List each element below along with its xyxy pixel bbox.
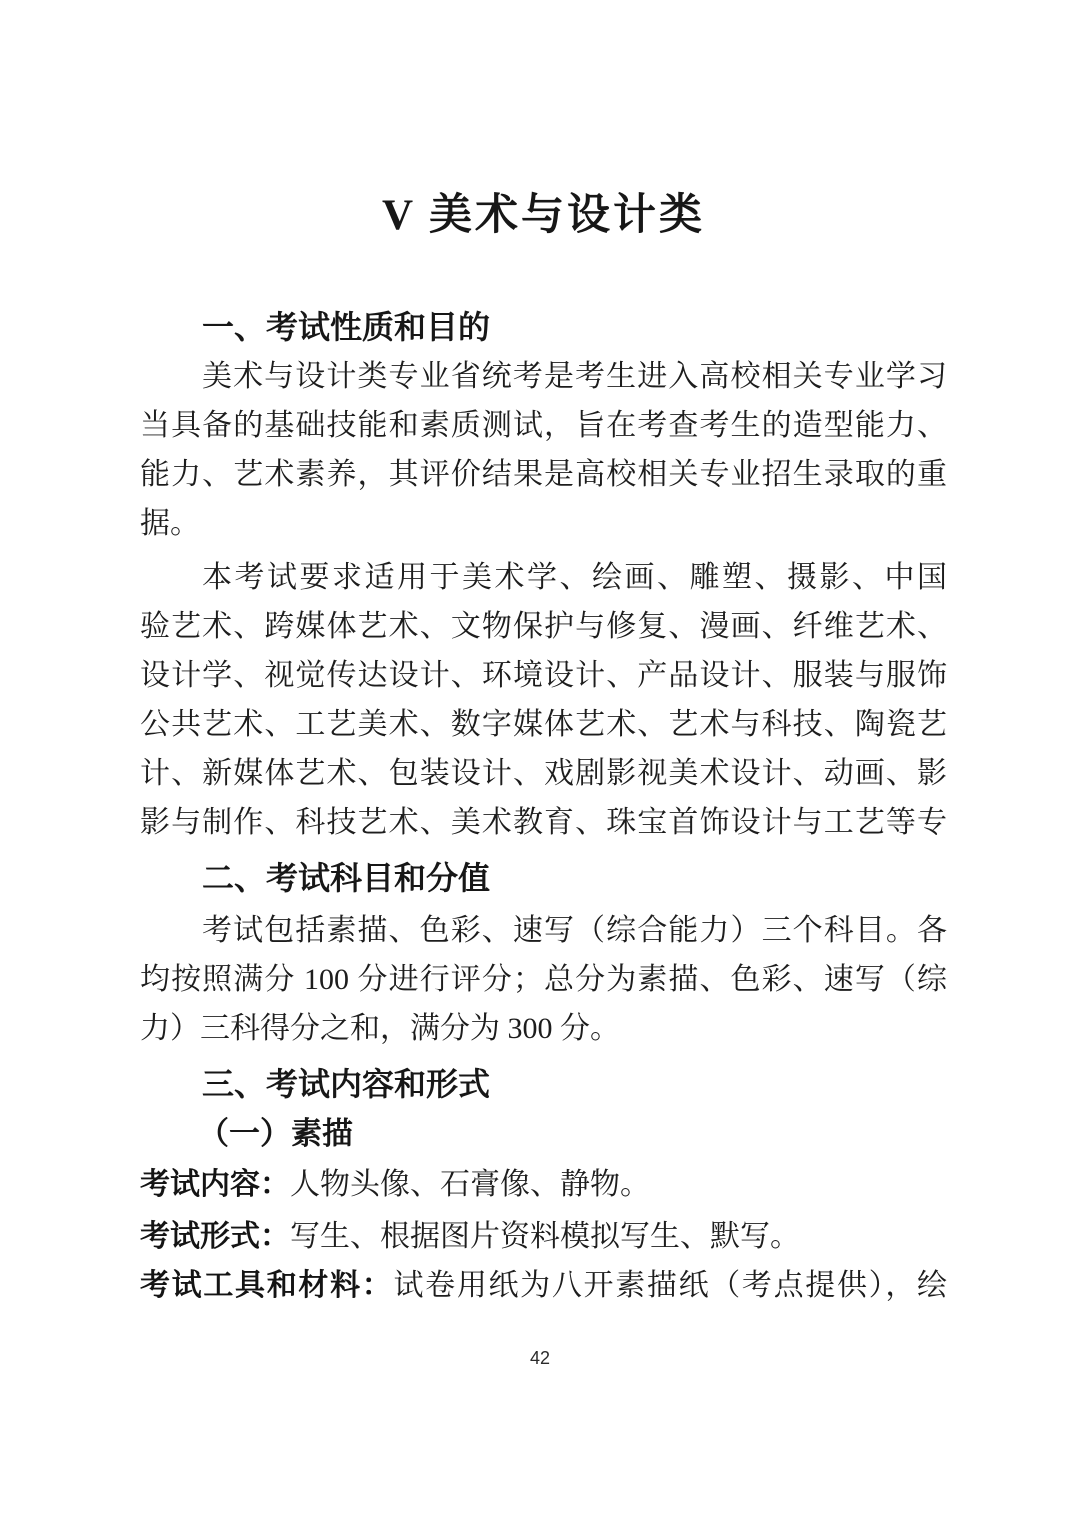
document-title: V美术与设计类: [140, 190, 947, 240]
paragraph-line: 验艺术、跨媒体艺术、文物保护与修复、漫画、纤维艺术、艺术: [140, 602, 947, 651]
paragraph-line: 影与制作、科技艺术、美术教育、珠宝首饰设计与工艺等专业。: [140, 798, 947, 847]
field-line-exam-tools: 考试工具和材料：试卷用纸为八开素描纸（考点提供），绘: [140, 1261, 947, 1310]
field-value: 试卷用纸为八开素描纸（考点提供），绘: [393, 1269, 947, 1302]
paragraph-line: 当具备的基础技能和素质测试，旨在考查考生的造型能力、审美: [140, 401, 947, 450]
field-value: 人物头像、石膏像、静物。: [290, 1168, 650, 1201]
paragraph-line: 据。: [140, 499, 947, 548]
paragraph-line: 公共艺术、工艺美术、数字媒体艺术、艺术与科技、陶瓷艺术设: [140, 700, 947, 749]
field-line-exam-content: 考试内容：人物头像、石膏像、静物。: [140, 1160, 947, 1209]
section-heading-2: 二、考试科目和分值: [140, 854, 947, 903]
paragraph-line: 设计学、视觉传达设计、环境设计、产品设计、服装与服饰设计、: [140, 651, 947, 700]
field-label: 考试内容：: [140, 1168, 290, 1201]
paragraph-line: 计、新媒体艺术、包装设计、戏剧影视美术设计、动画、影视摄: [140, 749, 947, 798]
paragraph-line: 均按照满分 100 分进行评分；总分为素描、色彩、速写（综合能: [140, 955, 947, 1004]
section-heading-1: 一、考试性质和目的: [140, 303, 947, 352]
section-heading-3: 三、考试内容和形式: [140, 1060, 947, 1109]
document-title-text: 美术与设计类: [429, 191, 705, 239]
page-number: 42: [0, 1348, 1080, 1369]
paragraph-line: 力）三科得分之和，满分为 300 分。: [140, 1004, 947, 1053]
paragraph-line: 本考试要求适用于美术学、绘画、雕塑、摄影、中国画、实: [140, 553, 947, 602]
field-value: 写生、根据图片资料模拟写生、默写。: [290, 1220, 800, 1253]
paragraph-line: 能力、艺术素养，其评价结果是高校相关专业招生录取的重要依: [140, 450, 947, 499]
paragraph-line: 考试包括素描、色彩、速写（综合能力）三个科目。各科目: [140, 906, 947, 955]
paragraph-line: 美术与设计类专业省统考是考生进入高校相关专业学习应: [140, 352, 947, 401]
subsection-heading-sketch: （一）素描: [140, 1109, 947, 1158]
field-line-exam-format: 考试形式：写生、根据图片资料模拟写生、默写。: [140, 1212, 947, 1261]
field-label: 考试工具和材料：: [140, 1269, 393, 1302]
document-title-number: V: [382, 192, 413, 239]
document-page: V美术与设计类 一、考试性质和目的 美术与设计类专业省统考是考生进入高校相关专业…: [0, 0, 1080, 1526]
document-content: V美术与设计类 一、考试性质和目的 美术与设计类专业省统考是考生进入高校相关专业…: [140, 190, 947, 1310]
field-label: 考试形式：: [140, 1220, 290, 1253]
